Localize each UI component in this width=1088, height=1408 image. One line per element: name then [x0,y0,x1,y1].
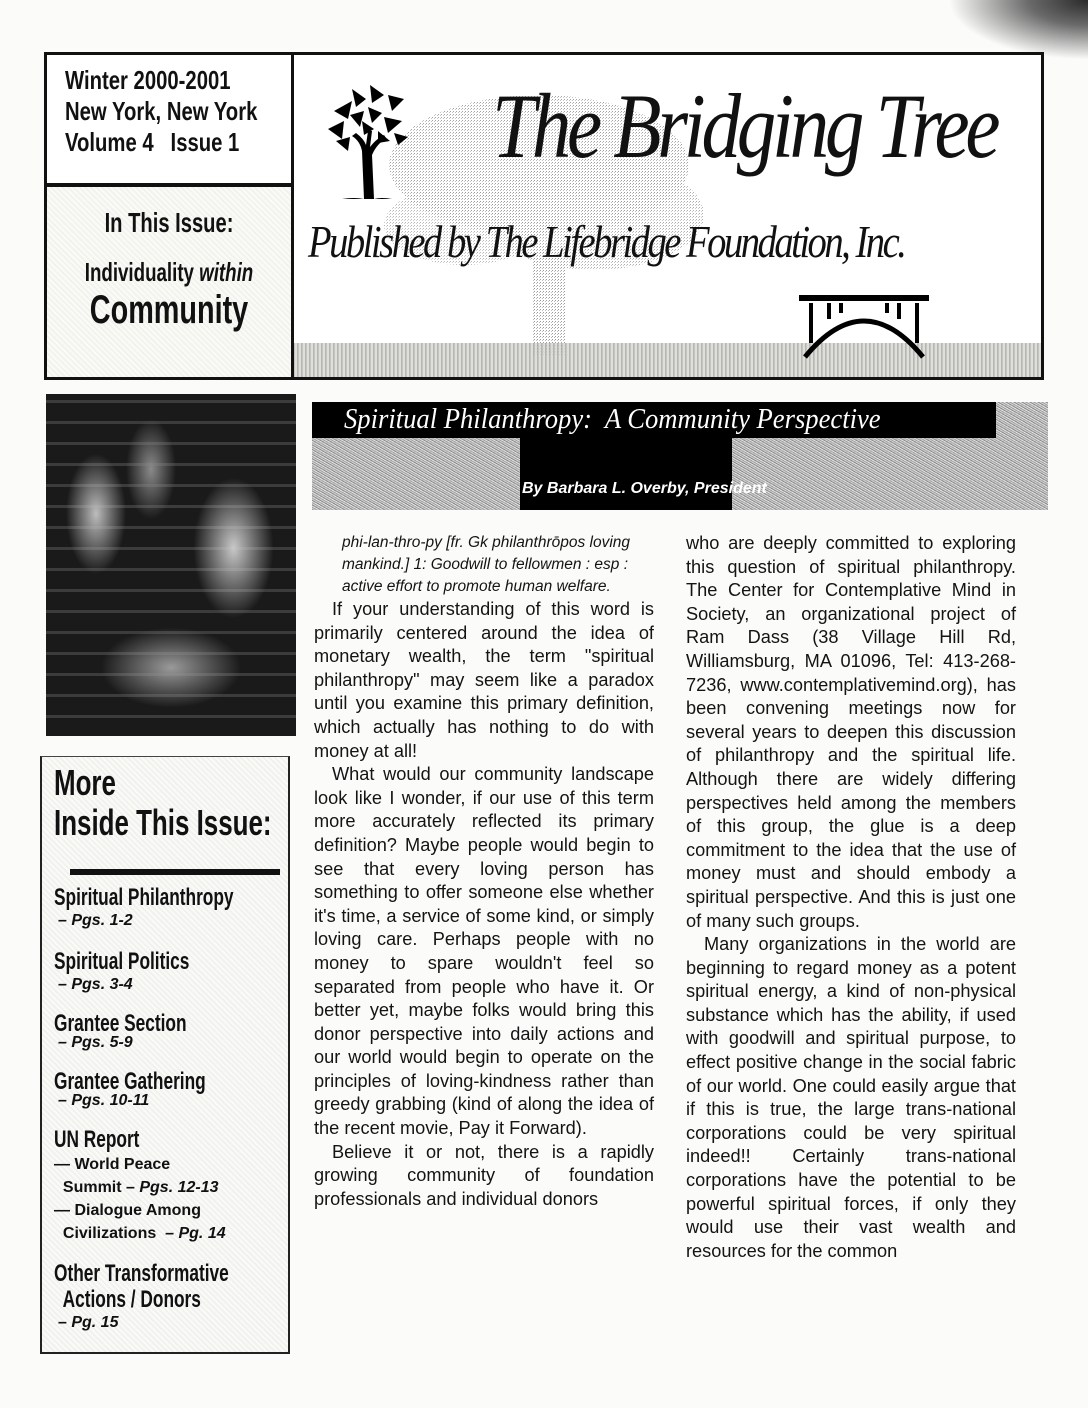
tree-logo-icon [322,81,412,201]
toc-item-un-report[interactable]: UN Report — World Peace Summit – Pgs. 12… [54,1127,288,1245]
toc-subitem-text: Summit [63,1179,122,1196]
scan-corner-shadow [948,0,1088,60]
paragraph: Believe it or not, there is a rapidly gr… [314,1141,654,1212]
article-byline: By Barbara L. Overby, President [522,480,767,498]
paragraph: Many organizations in the world are begi… [686,933,1016,1263]
article-header: Spiritual Philanthropy: A Community Pers… [312,402,1048,510]
newsletter-title: The Bridging Tree [492,73,996,179]
in-this-issue-heading: In This Issue: [81,207,257,239]
issue-volume: Volume 4 Issue 1 [65,127,241,158]
toc-subitem-text: Civilizations [63,1225,156,1242]
toc-item-title: Spiritual Politics [54,949,222,975]
toc-subitem-dialogue: — Dialogue Among Civilizations – Pg. 14 [54,1199,288,1245]
performers-photo [46,394,296,736]
toc-item-title: Actions / Donors [54,1287,222,1313]
issue-topic-connector: within [199,257,253,287]
issue-location: New York, New York [65,96,241,127]
paragraph: who are deeply committed to exploring th… [686,532,1016,933]
definition-quote: phi-lan-thro-py [fr. Gk philanthrōpos lo… [314,532,654,598]
toc-item-pages: – Pgs. 1-2 [54,911,288,931]
paragraph: If your understanding of this word is pr… [314,598,654,763]
issue-season: Winter 2000-2001 [65,65,241,96]
toc-item-title: Grantee Gathering [54,1069,222,1095]
in-this-issue-box: In This Issue: Individuality within Comm… [44,184,294,380]
paragraph: What would our community landscape look … [314,763,654,1141]
issue-topic-word: Individuality [85,257,194,287]
toc-subitem-text: — Dialogue Among [54,1202,201,1219]
toc-subitem-text: — World Peace [54,1156,170,1173]
masthead: The Bridging Tree Published by The Lifeb… [294,52,1044,380]
toc-item-grantee-section[interactable]: Grantee Section – Pgs. 5-9 [54,1011,288,1053]
toc-item-pages: – Pgs. 3-4 [54,975,288,995]
toc-item-title: Other Transformative [54,1261,222,1287]
toc-item-pages: – Pg. 15 [54,1313,288,1333]
bridge-icon [799,291,929,361]
toc-item-title: Grantee Section [54,1011,222,1037]
issue-info-box: Winter 2000-2001 New York, New York Volu… [44,52,294,186]
byline-bar [520,438,732,510]
publisher-line: Published by The Lifebridge Foundation, … [308,215,904,268]
sidebar-heading-line2: Inside This Issue: [54,803,222,843]
toc-item-spiritual-philanthropy[interactable]: Spiritual Philanthropy – Pgs. 1-2 [54,885,288,931]
article-column-2: who are deeply committed to exploring th… [686,532,1016,1263]
toc-subitem-world-peace: — World Peace Summit – Pgs. 12-13 [54,1153,288,1199]
toc-item-grantee-gathering[interactable]: Grantee Gathering – Pgs. 10-11 [54,1069,288,1111]
toc-item-title: UN Report [54,1127,222,1153]
sidebar-divider [70,869,280,875]
toc-item-title: Spiritual Philanthropy [54,885,222,911]
issue-topic-main: Community [81,288,257,332]
toc-subitem-pages: – Pg. 14 [165,1225,225,1242]
sidebar-heading-line1: More [54,763,222,803]
toc-item-spiritual-politics[interactable]: Spiritual Politics – Pgs. 3-4 [54,949,288,995]
toc-item-other-transformative[interactable]: Other Transformative Actions / Donors – … [54,1261,288,1333]
issue-topic: Individuality within [81,257,257,288]
more-inside-sidebar: More Inside This Issue: Spiritual Philan… [40,756,290,1354]
toc-subitem-pages: – Pgs. 12-13 [126,1179,219,1196]
article-title: Spiritual Philanthropy: A Community Pers… [344,404,881,436]
article-column-1: phi-lan-thro-py [fr. Gk philanthrōpos lo… [314,532,654,1211]
